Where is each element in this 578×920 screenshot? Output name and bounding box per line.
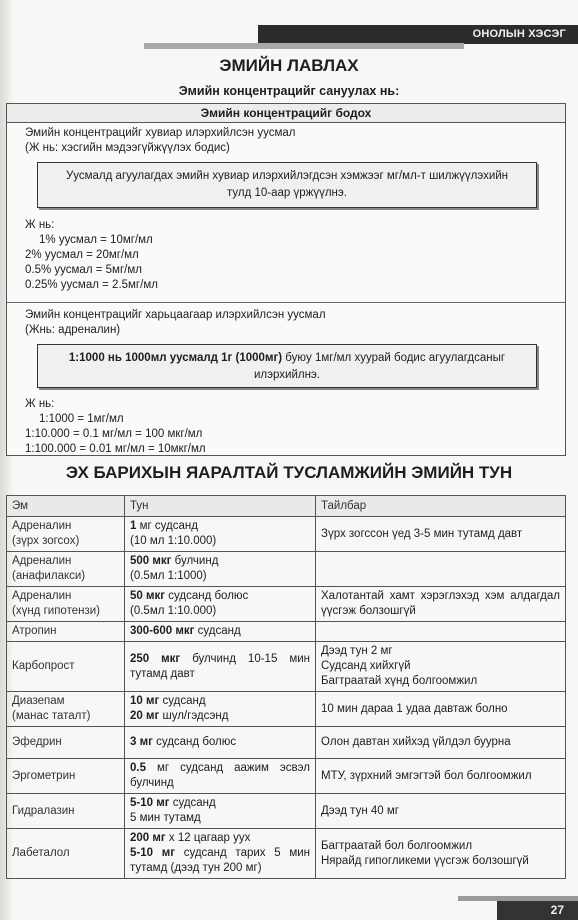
note-cell bbox=[316, 622, 566, 642]
dose-cell: 5-10 мг судсанд5 мин тутамд bbox=[125, 794, 316, 829]
note-cell: Дээд тун 40 мг bbox=[316, 794, 566, 829]
note-cell: Багтраатай бол болгоомжилНярайд гипоглик… bbox=[316, 829, 566, 879]
page-number-banner: 27 bbox=[497, 901, 578, 920]
dose-text: 5 мин тутамд bbox=[130, 812, 201, 824]
note-line: Нярайд гипогликеми үүсгэж болзошгүй bbox=[321, 854, 560, 869]
note-cell: Зүрх зогссон үед 3-5 мин тутамд давт bbox=[316, 517, 566, 552]
dose-line: 20 мг шул/гэдсэнд bbox=[130, 709, 310, 724]
ratio-intro-line2: (Жнь: адреналин) bbox=[7, 323, 565, 338]
percent-example: 1% уусмал = 10мг/мл bbox=[7, 233, 565, 248]
page-subtitle: Эмийн концентрацийг сануулах нь: bbox=[0, 84, 578, 98]
percent-rule-line2: тулд 10-аар үржүүлнэ. bbox=[48, 185, 526, 202]
drug-line: Адреналин bbox=[12, 519, 119, 534]
dose-line: 50 мкг судсанд болюс bbox=[130, 589, 310, 604]
percent-section-intro: Эмийн концентрацийг хувиар илэрхийлсэн у… bbox=[7, 126, 565, 156]
dose-text: судсанд болюс bbox=[165, 590, 248, 602]
section-label: ОНОЛЫН ХЭСЭГ bbox=[473, 28, 566, 40]
ratio-section-intro: Эмийн концентрацийг харьцаагаар илэрхийл… bbox=[7, 308, 565, 338]
table-row: Карбопрост250 мкг булчинд 10-15 мин тута… bbox=[7, 642, 566, 692]
dose-table-title: ЭХ БАРИХЫН ЯАРАЛТАЙ ТУСЛАМЖИЙН ЭМИЙН ТУН bbox=[0, 463, 578, 483]
note-cell: Дээд тун 2 мгСудсанд хийхгүйБагтраатай х… bbox=[316, 642, 566, 692]
table-row: Диазепам(манас таталт)10 мг судсанд20 мг… bbox=[7, 692, 566, 727]
table-row: Эфедрин3 мг судсанд болюсОлон давтан хий… bbox=[7, 727, 566, 759]
dose-line: 1 мг судсанд bbox=[130, 519, 310, 534]
note-line: Халотантай хамт хэрэглэхэд хэм алдагдал … bbox=[321, 589, 560, 619]
concentration-heading: Эмийн концентрацийг бодох bbox=[7, 104, 565, 123]
emergency-dose-table: Эм Тун Тайлбар Адреналин(зүрх зогсох)1 м… bbox=[6, 495, 566, 879]
dose-cell: 3 мг судсанд болюс bbox=[125, 727, 316, 759]
dose-text: (0.5мл 1:1000) bbox=[130, 570, 207, 582]
note-line: 10 мин дараа 1 удаа давтаж болно bbox=[321, 702, 560, 717]
dose-text: мг судсанд аажим эсвэл булчинд bbox=[130, 762, 310, 789]
dose-amount: 500 мкг bbox=[130, 555, 171, 567]
column-header-note: Тайлбар bbox=[316, 496, 566, 517]
ratio-example: 1:100.000 = 0.01 мг/мл = 10мкг/мл bbox=[7, 442, 565, 457]
page-number: 27 bbox=[551, 903, 564, 917]
drug-cell: Эргометрин bbox=[7, 759, 125, 794]
drug-line: Эфедрин bbox=[12, 735, 119, 750]
percent-example: 0.5% уусмал = 5мг/мл bbox=[7, 263, 565, 278]
dose-cell: 500 мкг булчинд(0.5мл 1:1000) bbox=[125, 552, 316, 587]
note-cell: МТУ, зүрхний эмгэгтэй бол болгоомжил bbox=[316, 759, 566, 794]
dose-amount: 20 мг bbox=[130, 710, 159, 722]
dose-text: булчинд bbox=[171, 555, 218, 567]
dose-text: судсанд bbox=[159, 695, 205, 707]
percent-example: 0.25% уусмал = 2.5мг/мл bbox=[7, 278, 565, 293]
note-line: Багтраатай хүнд болгоомжил bbox=[321, 674, 560, 689]
ratio-rule-rest: буюу 1мг/мл хуурай бодис агуулагдсаныг bbox=[282, 352, 505, 364]
ratio-examples: Ж нь: 1:1000 = 1мг/мл 1:10.000 = 0.1 мг/… bbox=[7, 397, 565, 457]
dose-line: 250 мкг булчинд 10-15 мин тутамд давт bbox=[130, 652, 310, 682]
percent-example-label: Ж нь: bbox=[7, 218, 565, 233]
dose-text: судсанд bbox=[170, 797, 216, 809]
drug-line: Гидралазин bbox=[12, 804, 119, 819]
dose-line: 300-600 мкг судсанд bbox=[130, 624, 310, 639]
drug-line: (хүнд гипотензи) bbox=[12, 604, 119, 619]
dose-line: (10 мл 1:10.000) bbox=[130, 534, 310, 549]
drug-cell: Адреналин(хүнд гипотензи) bbox=[7, 587, 125, 622]
concentration-box: Эмийн концентрацийг бодох Эмийн концентр… bbox=[6, 103, 566, 456]
drug-line: (зүрх зогсох) bbox=[12, 534, 119, 549]
section-header-banner: ОНОЛЫН ХЭСЭГ bbox=[258, 25, 578, 44]
column-header-drug: Эм bbox=[7, 496, 125, 517]
page-title: ЭМИЙН ЛАВЛАХ bbox=[0, 56, 578, 76]
drug-line: Карбопрост bbox=[12, 659, 119, 674]
percent-rule-line1: Уусмалд агуулагдах эмийн хувиар илэрхийл… bbox=[48, 168, 526, 185]
ratio-example: 1:1000 = 1мг/мл bbox=[7, 412, 565, 427]
drug-cell: Лабеталол bbox=[7, 829, 125, 879]
table-row: Атропин300-600 мкг судсанд bbox=[7, 622, 566, 642]
note-cell bbox=[316, 552, 566, 587]
dose-cell: 200 мг x 12 цагаар уух5-10 мг судсанд та… bbox=[125, 829, 316, 879]
dose-line: (0.5мл 1:1000) bbox=[130, 569, 310, 584]
dose-cell: 50 мкг судсанд болюс(0.5мл 1:10.000) bbox=[125, 587, 316, 622]
note-cell: Олон давтан хийхэд үйлдэл буурна bbox=[316, 727, 566, 759]
drug-cell: Адреналин(анафилакси) bbox=[7, 552, 125, 587]
dose-text: судсанд болюс bbox=[153, 736, 236, 748]
drug-cell: Атропин bbox=[7, 622, 125, 642]
dose-line: 5-10 мг судсанд bbox=[130, 796, 310, 811]
percent-examples: Ж нь: 1% уусмал = 10мг/мл 2% уусмал = 20… bbox=[7, 218, 565, 293]
dose-amount: 300-600 мкг bbox=[130, 625, 194, 637]
dose-line: 5 мин тутамд bbox=[130, 811, 310, 826]
drug-cell: Эфедрин bbox=[7, 727, 125, 759]
dose-line: 10 мг судсанд bbox=[130, 694, 310, 709]
dose-line: 5-10 мг судсанд тарих 5 мин тутамд (дээд… bbox=[130, 846, 310, 876]
column-header-dose: Тун bbox=[125, 496, 316, 517]
drug-line: (манас таталт) bbox=[12, 709, 119, 724]
drug-line: Диазепам bbox=[12, 694, 119, 709]
note-line: Олон давтан хийхэд үйлдэл буурна bbox=[321, 735, 560, 750]
dose-line: 0.5 мг судсанд аажим эсвэл булчинд bbox=[130, 761, 310, 791]
dose-line: (0.5мл 1:10.000) bbox=[130, 604, 310, 619]
ratio-example-label: Ж нь: bbox=[7, 397, 565, 412]
dose-cell: 10 мг судсанд20 мг шул/гэдсэнд bbox=[125, 692, 316, 727]
drug-cell: Гидралазин bbox=[7, 794, 125, 829]
percent-example: 2% уусмал = 20мг/мл bbox=[7, 248, 565, 263]
percent-rule-box: Уусмалд агуулагдах эмийн хувиар илэрхийл… bbox=[37, 162, 537, 208]
table-header-row: Эм Тун Тайлбар bbox=[7, 496, 566, 517]
drug-line: Атропин bbox=[12, 624, 119, 639]
drug-cell: Диазепам(манас таталт) bbox=[7, 692, 125, 727]
dose-amount: 5-10 мг bbox=[130, 847, 175, 859]
percent-intro-line2: (Ж нь: хэсгийн мэдээгүйжүүлэх бодис) bbox=[7, 141, 565, 156]
ratio-rule-line2: илэрхийлнэ. bbox=[48, 367, 526, 384]
table-row: Адреналин(хүнд гипотензи)50 мкг судсанд … bbox=[7, 587, 566, 622]
drug-cell: Адреналин(зүрх зогсох) bbox=[7, 517, 125, 552]
dose-amount: 200 мг bbox=[130, 832, 166, 844]
percent-intro-line1: Эмийн концентрацийг хувиар илэрхийлсэн у… bbox=[7, 126, 565, 141]
dose-line: 3 мг судсанд болюс bbox=[130, 735, 310, 750]
dose-text: судсанд bbox=[194, 625, 240, 637]
note-line: МТУ, зүрхний эмгэгтэй бол болгоомжил bbox=[321, 769, 560, 784]
table-row: Адреналин(зүрх зогсох)1 мг судсанд(10 мл… bbox=[7, 517, 566, 552]
dose-amount: 10 мг bbox=[130, 695, 159, 707]
dose-amount: 50 мкг bbox=[130, 590, 165, 602]
note-cell: 10 мин дараа 1 удаа давтаж болно bbox=[316, 692, 566, 727]
dose-text: (10 мл 1:10.000) bbox=[130, 535, 216, 547]
note-line: Багтраатай бол болгоомжил bbox=[321, 839, 560, 854]
note-line: Дээд тун 2 мг bbox=[321, 644, 560, 659]
note-line: Зүрх зогссон үед 3-5 мин тутамд давт bbox=[321, 527, 560, 542]
drug-line: Адреналин bbox=[12, 589, 119, 604]
dose-cell: 0.5 мг судсанд аажим эсвэл булчинд bbox=[125, 759, 316, 794]
header-accent-bar bbox=[144, 43, 464, 49]
note-line: Дээд тун 40 мг bbox=[321, 804, 560, 819]
dose-text: x 12 цагаар уух bbox=[166, 832, 251, 844]
ratio-rule-line1: 1:1000 нь 1000мл уусмалд 1г (1000мг) бую… bbox=[48, 350, 526, 367]
dose-cell: 1 мг судсанд(10 мл 1:10.000) bbox=[125, 517, 316, 552]
table-row: Эргометрин0.5 мг судсанд аажим эсвэл бул… bbox=[7, 759, 566, 794]
drug-cell: Карбопрост bbox=[7, 642, 125, 692]
dose-line: 200 мг x 12 цагаар уух bbox=[130, 831, 310, 846]
dose-cell: 250 мкг булчинд 10-15 мин тутамд давт bbox=[125, 642, 316, 692]
dose-cell: 300-600 мкг судсанд bbox=[125, 622, 316, 642]
dose-text: мг судсанд bbox=[136, 520, 198, 532]
drug-line: (анафилакси) bbox=[12, 569, 119, 584]
dose-amount: 0.5 bbox=[130, 762, 146, 774]
dose-amount: 5-10 мг bbox=[130, 797, 170, 809]
drug-line: Лабеталол bbox=[12, 846, 119, 861]
ratio-rule-bold: 1:1000 нь 1000мл уусмалд 1г (1000мг) bbox=[69, 352, 282, 364]
drug-line: Эргометрин bbox=[12, 769, 119, 784]
note-cell: Халотантай хамт хэрэглэхэд хэм алдагдал … bbox=[316, 587, 566, 622]
dose-amount: 3 мг bbox=[130, 736, 153, 748]
drug-line: Адреналин bbox=[12, 554, 119, 569]
ratio-intro-line1: Эмийн концентрацийг харьцаагаар илэрхийл… bbox=[7, 308, 565, 323]
dose-text: (0.5мл 1:10.000) bbox=[130, 605, 216, 617]
dose-amount: 250 мкг bbox=[130, 653, 180, 665]
note-line: Судсанд хийхгүй bbox=[321, 659, 560, 674]
table-row: Адреналин(анафилакси)500 мкг булчинд(0.5… bbox=[7, 552, 566, 587]
section-divider bbox=[7, 302, 565, 303]
table-row: Лабеталол200 мг x 12 цагаар уух5-10 мг с… bbox=[7, 829, 566, 879]
ratio-example: 1:10.000 = 0.1 мг/мл = 100 мкг/мл bbox=[7, 427, 565, 442]
table-row: Гидралазин5-10 мг судсанд5 мин тутамдДээ… bbox=[7, 794, 566, 829]
ratio-rule-box: 1:1000 нь 1000мл уусмалд 1г (1000мг) бую… bbox=[37, 344, 537, 388]
dose-line: 500 мкг булчинд bbox=[130, 554, 310, 569]
dose-text: шул/гэдсэнд bbox=[159, 710, 228, 722]
